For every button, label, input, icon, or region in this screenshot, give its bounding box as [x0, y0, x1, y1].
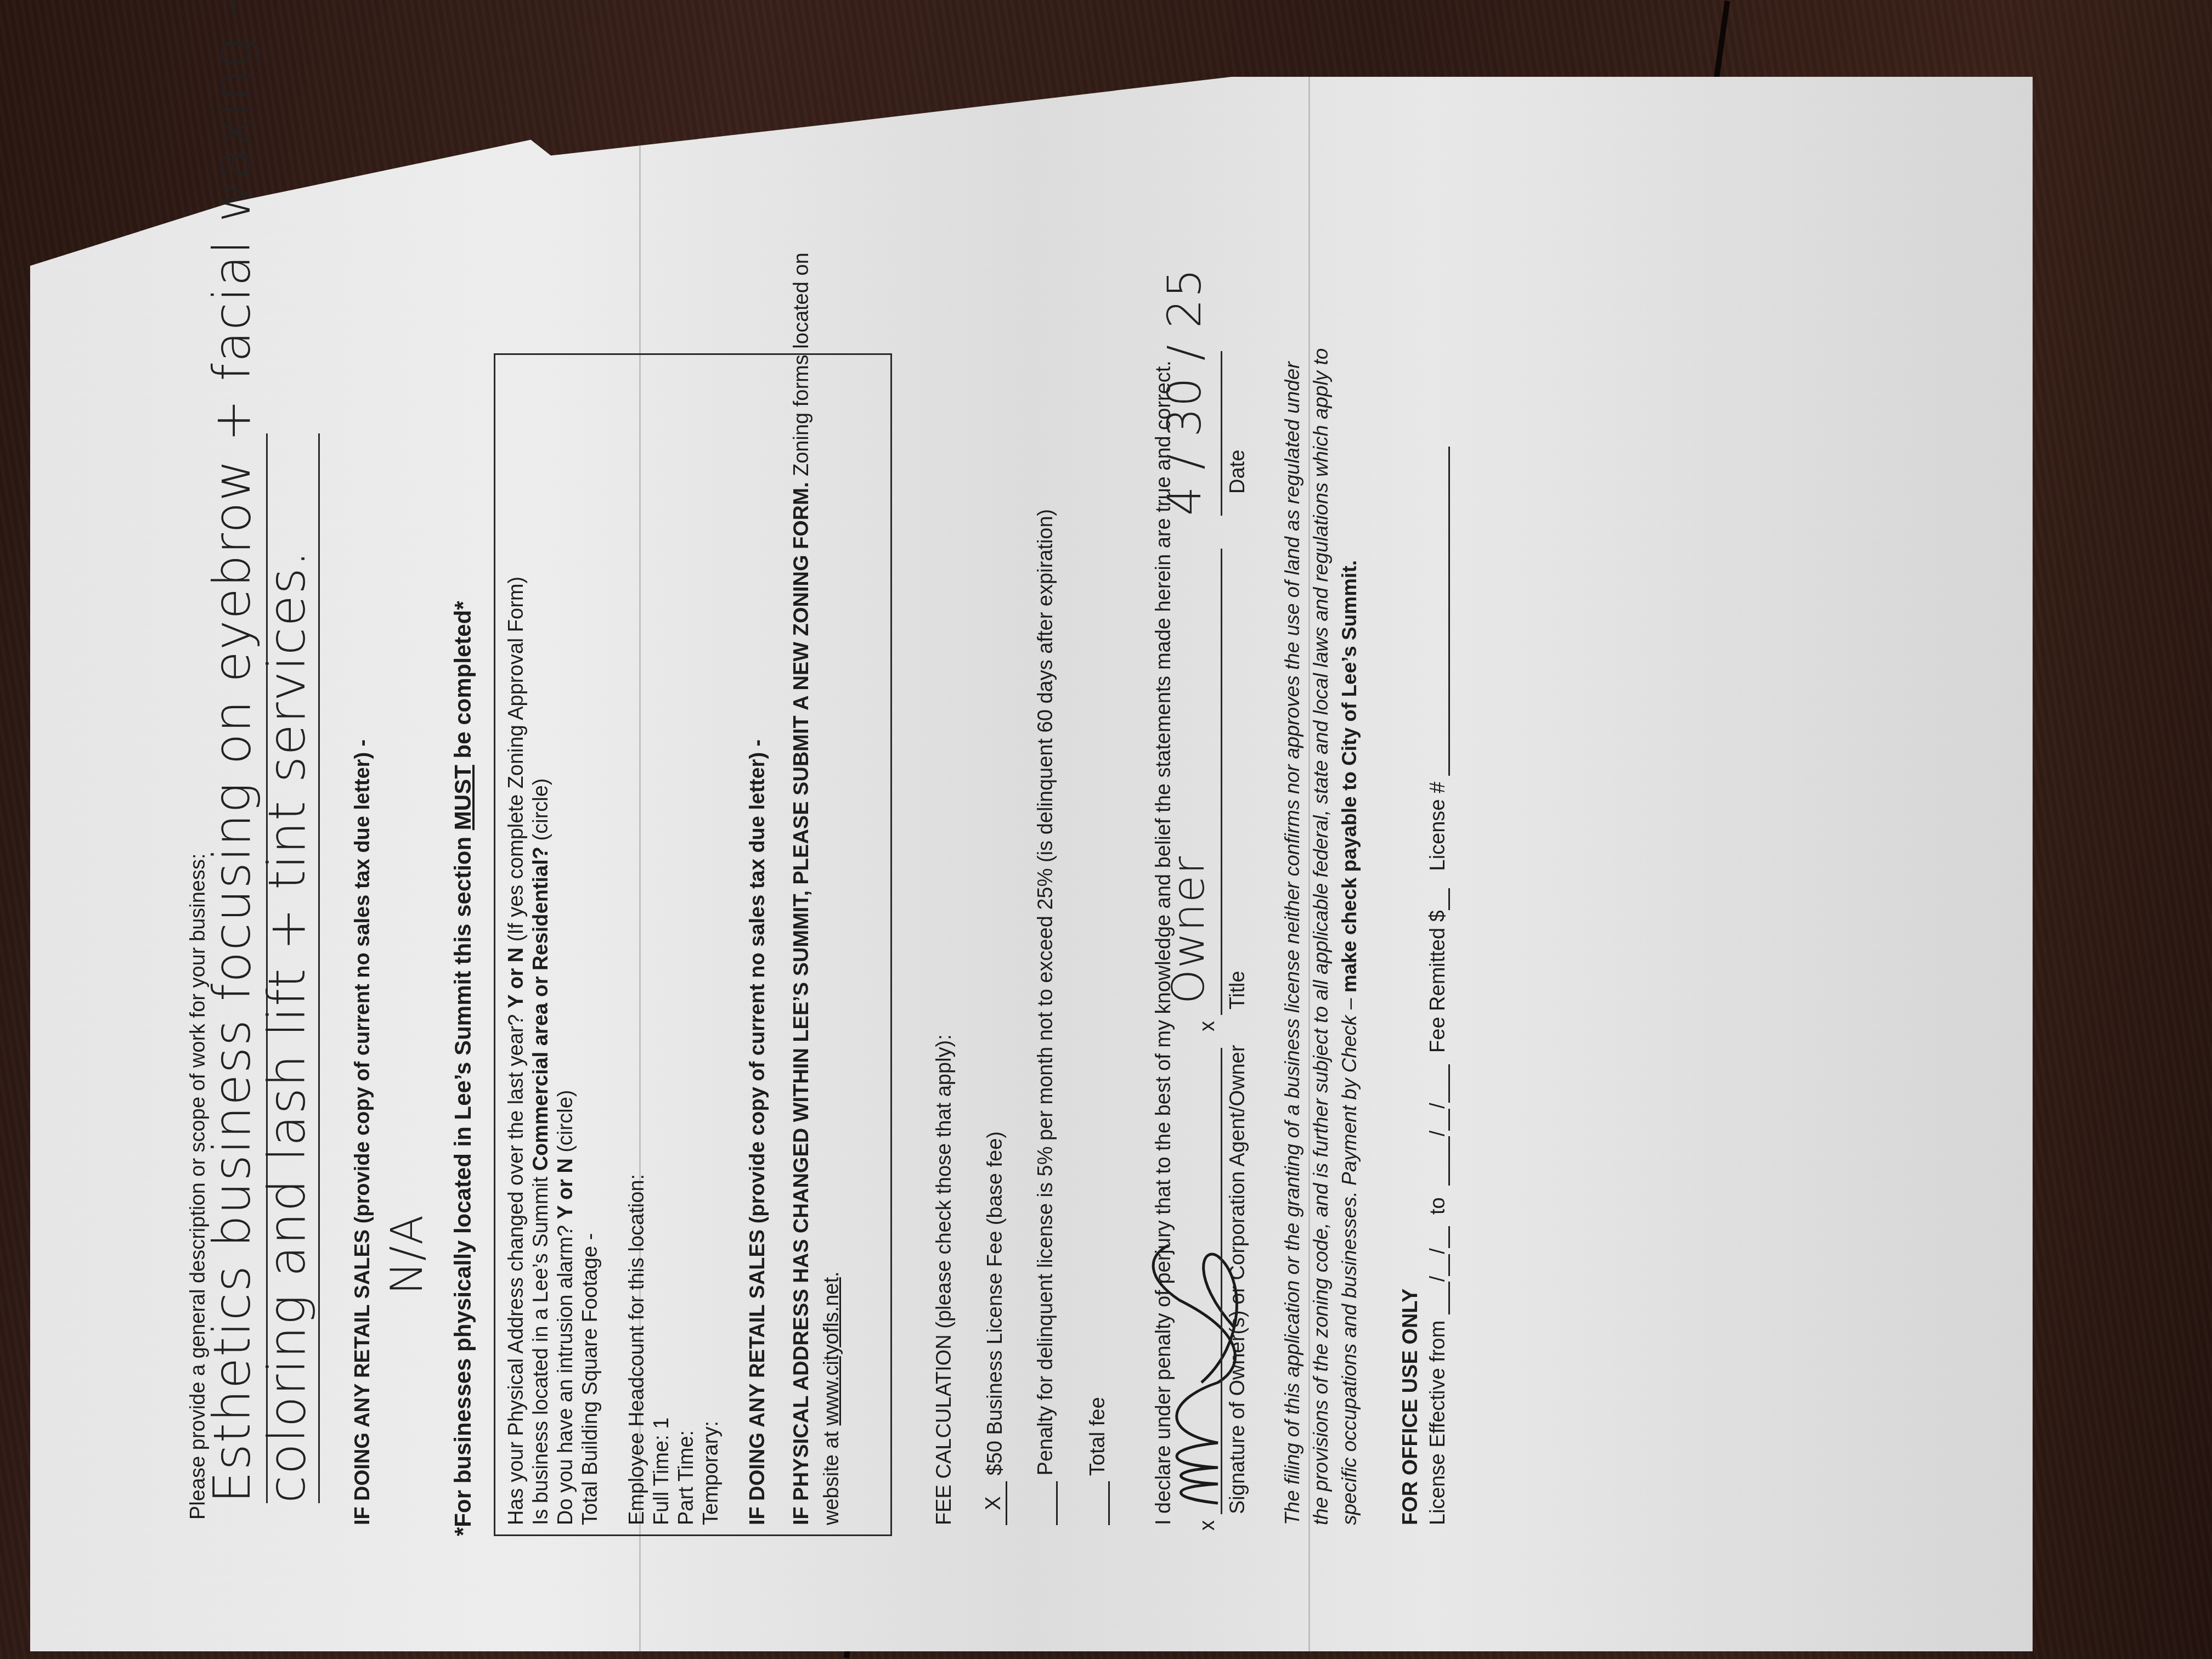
- signature-line: [1221, 1048, 1222, 1514]
- headcount-title: Employee Headcount for this location:: [625, 1174, 649, 1525]
- effective-from-day[interactable]: [1448, 1254, 1450, 1276]
- scope-answer-line1[interactable]: Esthetics business focusing on eyebrow +…: [203, 0, 262, 1503]
- effective-to-month[interactable]: [1448, 1136, 1450, 1186]
- fee-item-penalty: Penalty for delinquent license is 5% per…: [1034, 509, 1058, 1525]
- headcount-temporary: Temporary:: [699, 1421, 723, 1525]
- zoning-notice-line1: IF PHYSICAL ADDRESS HAS CHANGED WITHIN L…: [790, 252, 814, 1525]
- penalty-checkbox[interactable]: [1056, 1481, 1058, 1525]
- disclaimer-paragraph: The filing of this application or the gr…: [1278, 346, 1364, 1525]
- date-label: Date: [1226, 450, 1250, 494]
- fee-calculation-title: FEE CALCULATION (please check those that…: [933, 1034, 956, 1525]
- city-website-link[interactable]: www.cityofls.net: [820, 1277, 843, 1425]
- title-label: Title: [1226, 971, 1250, 1009]
- office-use-fields: License Effective from // to // Fee Remi…: [1426, 447, 1450, 1525]
- zone-type-options[interactable]: Commercial area or Residential?: [529, 847, 552, 1171]
- headcount-part-time: Part Time:: [675, 1430, 698, 1525]
- question-zone-type: Is business located in a Lee’s Summit Co…: [529, 778, 553, 1525]
- effective-to-year[interactable]: [1448, 1064, 1450, 1103]
- scope-underline-2: [318, 433, 320, 1503]
- date-value[interactable]: 4 / 30 / 25: [1158, 267, 1211, 516]
- title-line: [1221, 549, 1222, 1015]
- effective-from-year[interactable]: [1448, 1226, 1450, 1248]
- physical-location-note: *For businesses physically located in Le…: [450, 601, 476, 1536]
- retail-sales-answer[interactable]: N/A: [381, 1214, 432, 1295]
- title-x-mark: x: [1196, 1021, 1220, 1031]
- license-number-field[interactable]: [1448, 447, 1450, 776]
- effective-to-day[interactable]: [1448, 1109, 1450, 1131]
- signature-x-mark: x: [1196, 1520, 1220, 1531]
- address-changed-yn[interactable]: Y or N: [505, 947, 528, 1008]
- retail-sales-question-2: IF DOING ANY RETAIL SALES (provide copy …: [746, 740, 770, 1525]
- fee-item-total: Total fee: [1086, 1397, 1110, 1525]
- office-use-title: FOR OFFICE USE ONLY: [1399, 1289, 1423, 1525]
- total-fee-checkbox[interactable]: [1108, 1481, 1110, 1525]
- fee-item-base: X $50 Business License Fee (base fee): [982, 1131, 1007, 1525]
- alarm-yn[interactable]: Y or N: [554, 1158, 577, 1219]
- headcount-full-time: Full Time: 1: [650, 1418, 674, 1525]
- scope-answer-line2[interactable]: coloring and lash lift + tint services.: [258, 550, 317, 1503]
- retail-sales-label: IF DOING ANY RETAIL SALES: [351, 1229, 374, 1525]
- question-address-changed: Has your Physical Address changed over t…: [505, 577, 528, 1525]
- retail-sales-question: IF DOING ANY RETAIL SALES (provide copy …: [351, 740, 375, 1525]
- date-line: [1221, 351, 1222, 516]
- effective-from-month[interactable]: [1448, 1282, 1450, 1314]
- square-footage-label: Total Building Square Footage -: [579, 1233, 602, 1525]
- license-form-page: Please provide a general description or …: [165, 121, 1536, 1525]
- signature-label: Signature of Owner(s) or Corporation Age…: [1226, 1045, 1250, 1514]
- question-intrusion-alarm: Do you have an intrusion alarm? Y or N (…: [554, 1090, 578, 1525]
- title-value[interactable]: Owner: [1163, 855, 1214, 1004]
- fee-remitted-field[interactable]: [1448, 888, 1450, 910]
- base-fee-checkbox[interactable]: X: [982, 1481, 1007, 1525]
- full-time-value[interactable]: 1: [650, 1418, 673, 1429]
- zoning-notice-line2: website at www.cityofls.net.: [820, 1271, 844, 1525]
